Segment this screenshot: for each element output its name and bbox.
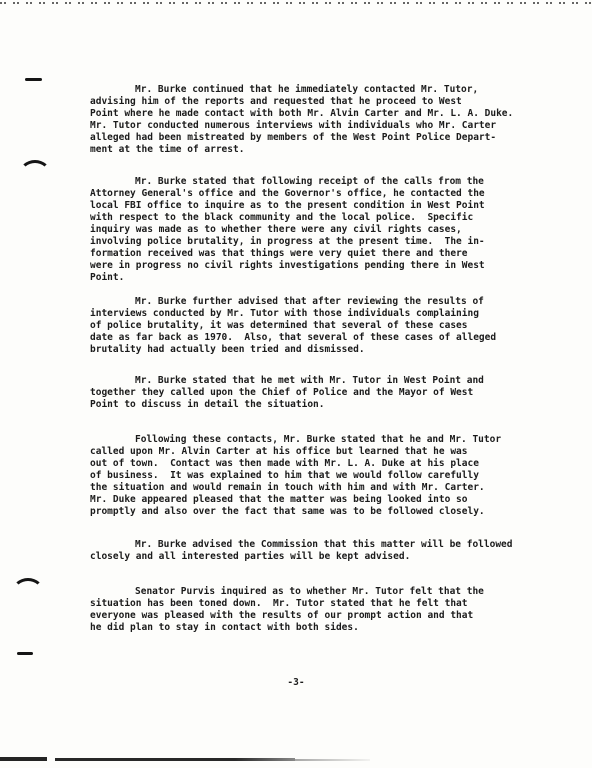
text-line: ment at the time of arrest. bbox=[90, 144, 513, 156]
text-line: Mr. Burke stated that following receipt … bbox=[90, 176, 513, 188]
text-line: Following these contacts, Mr. Burke stat… bbox=[90, 434, 513, 446]
text-line: Mr. Burke further advised that after rev… bbox=[90, 296, 513, 308]
text-line: were in progress no civil rights investi… bbox=[90, 260, 513, 272]
text-line: closely and all interested parties will … bbox=[90, 551, 513, 563]
page-number: -3- bbox=[0, 677, 592, 688]
margin-dash-mark bbox=[17, 652, 33, 655]
text-line: Mr. Duke appeared pleased that the matte… bbox=[90, 494, 513, 506]
text-line: Mr. Burke stated that he met with Mr. Tu… bbox=[90, 375, 513, 387]
paragraph: Mr. Burke stated that following receipt … bbox=[90, 176, 513, 284]
text-line: involving police brutality, in progress … bbox=[90, 236, 513, 248]
paragraph: Mr. Burke further advised that after rev… bbox=[90, 296, 513, 356]
text-line: Point. bbox=[90, 272, 513, 284]
margin-arc-mark bbox=[12, 578, 44, 606]
text-line: inquiry was made as to whether there wer… bbox=[90, 224, 513, 236]
text-line: Point where he made contact with both Mr… bbox=[90, 108, 513, 120]
document-page: Mr. Burke continued that he immediately … bbox=[0, 0, 592, 768]
scan-edge-line bbox=[0, 757, 47, 761]
text-line: everyone was pleased with the results of… bbox=[90, 610, 513, 622]
text-line: Point to discuss in detail the situation… bbox=[90, 399, 513, 411]
text-line: with respect to the black community and … bbox=[90, 212, 513, 224]
text-line: of business. It was explained to him tha… bbox=[90, 470, 513, 482]
paragraph: Mr. Burke continued that he immediately … bbox=[90, 84, 513, 156]
scan-edge-line bbox=[295, 759, 370, 761]
text-line: alleged had been mistreated by members o… bbox=[90, 132, 513, 144]
text-line: local FBI office to inquire as to the pr… bbox=[90, 200, 513, 212]
text-line: advising him of the reports and requeste… bbox=[90, 96, 513, 108]
text-line: Mr. Tutor conducted numerous interviews … bbox=[90, 120, 513, 132]
text-line: called upon Mr. Alvin Carter at his offi… bbox=[90, 446, 513, 458]
text-line: promptly and also over the fact that sam… bbox=[90, 506, 513, 518]
paragraph: Mr. Burke advised the Commission that th… bbox=[90, 539, 513, 563]
margin-dash-mark bbox=[25, 78, 42, 81]
margin-arc-mark bbox=[19, 160, 51, 188]
perforation-dots bbox=[0, 2, 592, 4]
text-line: formation received was that things were … bbox=[90, 248, 513, 260]
text-line: Mr. Burke advised the Commission that th… bbox=[90, 539, 513, 551]
text-line: of police brutality, it was determined t… bbox=[90, 320, 513, 332]
text-line: interviews conducted by Mr. Tutor with t… bbox=[90, 308, 513, 320]
document-body: Mr. Burke continued that he immediately … bbox=[90, 84, 513, 634]
scan-edge-line bbox=[55, 758, 295, 761]
text-line: out of town. Contact was then made with … bbox=[90, 458, 513, 470]
text-line: Attorney General's office and the Govern… bbox=[90, 188, 513, 200]
paragraph: Mr. Burke stated that he met with Mr. Tu… bbox=[90, 375, 513, 411]
paragraph: Senator Purvis inquired as to whether Mr… bbox=[90, 586, 513, 634]
text-line: date as far back as 1970. Also, that sev… bbox=[90, 332, 513, 344]
text-line: the situation and would remain in touch … bbox=[90, 482, 513, 494]
text-line: brutality had actually been tried and di… bbox=[90, 344, 513, 356]
text-line: together they called upon the Chief of P… bbox=[90, 387, 513, 399]
text-line: he did plan to stay in contact with both… bbox=[90, 622, 513, 634]
text-line: Mr. Burke continued that he immediately … bbox=[90, 84, 513, 96]
paragraph: Following these contacts, Mr. Burke stat… bbox=[90, 434, 513, 518]
text-line: Senator Purvis inquired as to whether Mr… bbox=[90, 586, 513, 598]
text-line: situation has been toned down. Mr. Tutor… bbox=[90, 598, 513, 610]
